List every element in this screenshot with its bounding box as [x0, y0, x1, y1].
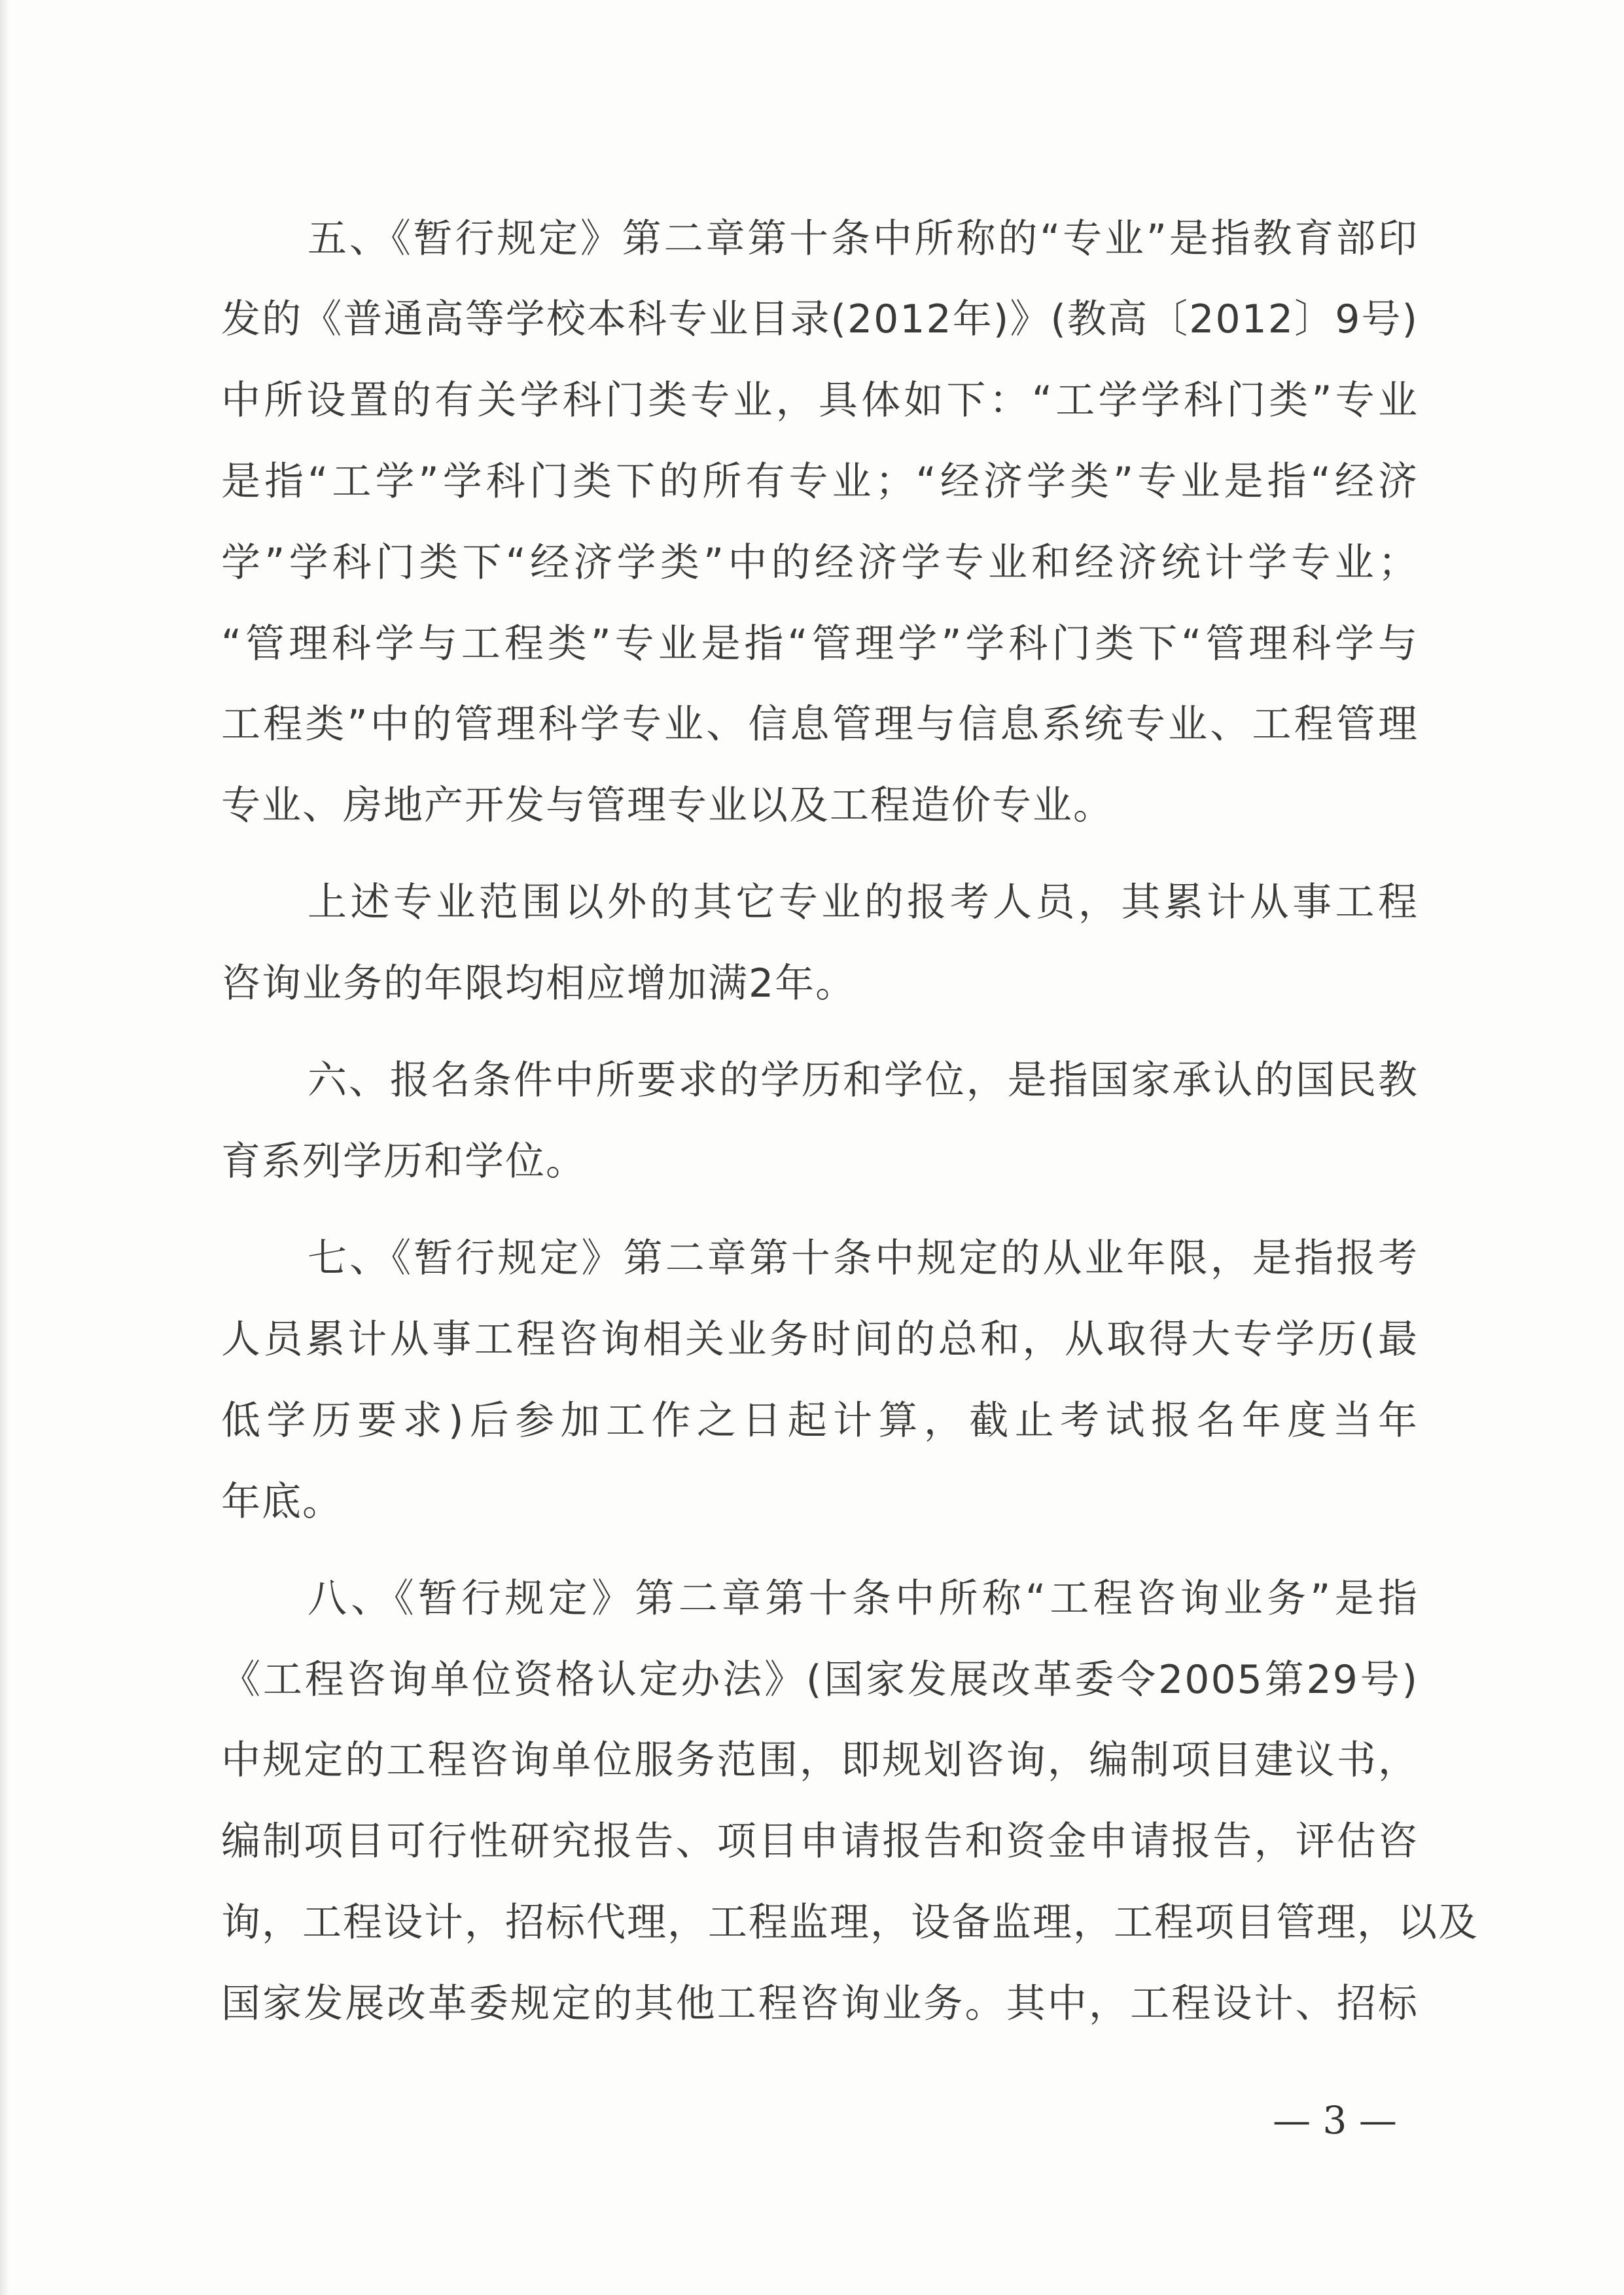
page-number: — 3 —	[1256, 2091, 1413, 2150]
paragraph-5-line-4: 是指“工学”学科门类下的所有专业；“经济学类”专业是指“经济	[221, 446, 1419, 518]
paragraph-5-line-1: 五、《暂行规定》第二章第十条中所称的“专业”是指教育部印	[308, 203, 1419, 275]
paragraph-8-line-2: 《工程咨询单位资格认定办法》(国家发展改革委令2005第29号)	[221, 1644, 1419, 1716]
paragraph-5-line-7: 工程类”中的管理科学专业、信息管理与信息系统专业、工程管理	[221, 688, 1419, 760]
paragraph-5b-line-2: 咨询业务的年限均相应增加满2年。	[221, 948, 1419, 1020]
paragraph-7-line-3: 低学历要求)后参加工作之日起计算，截止考试报名年度当年	[221, 1385, 1419, 1457]
paragraph-5b-line-1: 上述专业范围以外的其它专业的报考人员，其累计从事工程	[308, 866, 1419, 938]
paragraph-8-line-1: 八、《暂行规定》第二章第十条中所称“工程咨询业务”是指	[308, 1563, 1419, 1635]
paragraph-5-line-2: 发的《普通高等学校本科专业目录(2012年)》(教高〔2012〕9号)	[221, 283, 1419, 355]
paragraph-8-line-3: 中规定的工程咨询单位服务范围，即规划咨询，编制项目建议书，	[221, 1724, 1419, 1796]
paragraph-8-line-4: 编制项目可行性研究报告、项目申请报告和资金申请报告，评估咨	[221, 1806, 1419, 1877]
paragraph-7-line-1: 七、《暂行规定》第二章第十条中规定的从业年限，是指报考	[308, 1222, 1419, 1294]
paragraph-6-line-2: 育系列学历和学位。	[221, 1126, 1419, 1198]
paragraph-6-line-1: 六、报名条件中所要求的学历和学位，是指国家承认的国民教	[308, 1044, 1419, 1116]
paragraph-7-line-2: 人员累计从事工程咨询相关业务时间的总和，从取得大专学历(最	[221, 1304, 1419, 1376]
paragraph-7-line-4: 年底。	[221, 1466, 1419, 1538]
paragraph-5-line-6: “管理科学与工程类”专业是指“管理学”学科门类下“管理科学与	[221, 608, 1419, 680]
paragraph-5-line-3: 中所设置的有关学科门类专业，具体如下：“工学学科门类”专业	[221, 365, 1419, 436]
paragraph-5-line-8: 专业、房地产开发与管理专业以及工程造价专业。	[221, 770, 1419, 842]
document-page: 五、《暂行规定》第二章第十条中所称的“专业”是指教育部印 发的《普通高等学校本科…	[0, 0, 1624, 2295]
paragraph-8-line-6: 国家发展改革委规定的其他工程咨询业务。其中，工程设计、招标	[221, 1968, 1419, 2040]
paragraph-5-line-5: 学”学科门类下“经济学类”中的经济学专业和经济统计学专业；	[221, 527, 1419, 599]
scan-edge-shadow	[0, 0, 9, 2295]
paragraph-8-line-5: 询，工程设计，招标代理，工程监理，设备监理，工程项目管理，以及	[221, 1887, 1419, 1959]
